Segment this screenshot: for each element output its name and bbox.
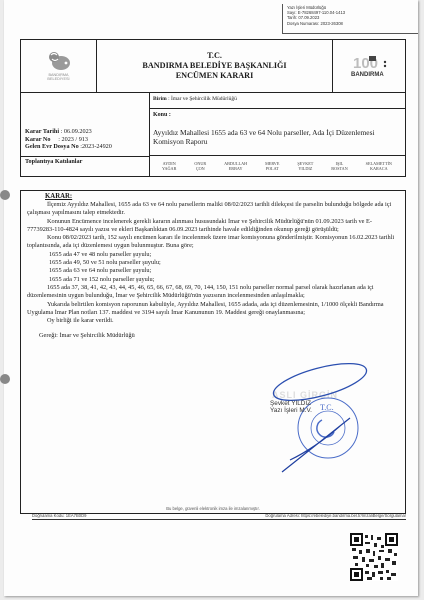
esignature-notice: Bu belge, güvenli elektronik imza ile im… — [20, 506, 406, 511]
decision-meta-table: Karar Tarihi : 06.09.2023 Karar No : 202… — [20, 93, 406, 177]
attendee: ONURÇON — [194, 161, 206, 171]
konu-text: Ayyıldız Mahallesi 1655 ada 63 ve 64 Nol… — [153, 128, 401, 146]
karar-no-label: Karar No — [25, 136, 51, 143]
svg-text:BANDIRMA: BANDIRMA — [351, 72, 384, 78]
stamp-line: Dosya Numarası: 2023-26308 — [287, 21, 418, 26]
konu-label: Konu : — [153, 112, 401, 118]
svg-text:T.C.: T.C. — [320, 403, 334, 412]
header-institution: BANDIRMA BELEDİYE BAŞKANLIĞI — [142, 61, 286, 71]
attendee-list: AYDINYAĞAR ONURÇON ABDULLAHERBAY MERVEPO… — [149, 156, 405, 176]
header-title-block: T.C. BANDIRMA BELEDİYE BAŞKANLIĞI ENCÜME… — [97, 40, 332, 92]
punch-hole — [0, 374, 10, 384]
anniversary-logo: 100 BANDIRMA — [332, 40, 405, 92]
attendee: ŞEVKETYILDIZ — [297, 161, 313, 171]
decision-title: KARAR: — [45, 193, 399, 201]
header-doc-type: ENCÜMEN KARARI — [176, 71, 254, 81]
attendees-label: Toplantıya Katılanlar — [25, 158, 82, 165]
signature-and-seal-icon: T.C. — [240, 360, 380, 480]
gelen-evr-value: :2023-24920 — [80, 143, 112, 150]
parcel-item: 1655 ada 71 ve 152 nolu parseller şuyulu… — [27, 276, 399, 284]
registry-stamp: Yazı İşleri Müdürlüğü Sayı: E-78268497-1… — [282, 4, 418, 34]
verification-bar: Doğrulama Kodu: 1EA7B0D9 Doğrulama Adres… — [32, 513, 406, 520]
parcel-item: 1655 ada 63 ve 64 nolu parseller şuyulu; — [27, 267, 399, 275]
attendee: AYDINYAĞAR — [162, 161, 176, 171]
header-tc: T.C. — [207, 51, 222, 61]
subject-field: Konu : Ayyıldız Mahallesi 1655 ada 63 ve… — [149, 109, 405, 156]
municipality-logo: BANDIRMA BELEDİYESİ — [21, 40, 97, 92]
decision-paragraph: Yukarıda belirtilen komisyon raporunun k… — [27, 301, 399, 318]
decision-result: Oy birliği ile karar verildi. — [27, 317, 399, 325]
signatory-title: Yazı İşleri M.V. — [270, 407, 312, 414]
attendee: SELAMETTİNKARACA — [366, 161, 392, 171]
unit-field: Birim : İmar ve Şehircilik Müdürlüğü — [149, 93, 405, 109]
karar-tarihi-label: Karar Tarihi — [25, 128, 59, 135]
decision-identifiers: Karar Tarihi : 06.09.2023 Karar No : 202… — [25, 128, 112, 151]
qr-code-icon[interactable] — [350, 533, 398, 585]
divider — [21, 156, 149, 157]
parcel-item: 1655 ada 47 ve 48 nolu parseller şuyulu; — [27, 251, 399, 259]
birim-value: : İmar ve Şehircilik Müdürlüğü — [168, 96, 237, 102]
parcel-item: 1655 ada 49, 50 ve 51 nolu parseller şuy… — [27, 259, 399, 267]
decision-paragraph: Konu 08/02/2023 tarih, 152 sayılı encüme… — [27, 234, 399, 251]
decision-paragraph: Konunun Encümence incelenerek gerekli ka… — [27, 218, 399, 235]
verification-address-link[interactable]: Doğrulama Adresi: https://ebelediye.band… — [265, 513, 406, 518]
signatory: Şevket YILDIZ Yazı İşleri M.V. — [270, 400, 312, 415]
document-header: BANDIRMA BELEDİYESİ T.C. BANDIRMA BELEDİ… — [20, 39, 406, 93]
gelen-evr-label: Gelen Evr Dosya No — [25, 143, 79, 150]
100-year-bandirma-logo-icon: 100 BANDIRMA — [347, 53, 391, 79]
karar-tarihi-value: : 06.09.2023 — [61, 128, 92, 135]
attendee: ABDULLAHERBAY — [224, 161, 247, 171]
forward-to: Gereği: İmar ve Şehircilik Müdürlüğü — [27, 332, 399, 340]
attendee: IŞILBOSTAN — [331, 161, 347, 171]
karar-no-value: : 2023 / 913 — [58, 136, 88, 143]
verification-code: Doğrulama Kodu: 1EA7B0D9 — [32, 513, 86, 518]
decision-paragraph: 1655 ada 37, 38, 41, 42, 43, 44, 45, 46,… — [27, 284, 399, 301]
birim-label: Birim — [153, 96, 167, 102]
punch-hole — [0, 190, 10, 200]
attendee: MERVEPOLAT — [265, 161, 279, 171]
decision-paragraph: İlçemiz Ayyıldız Mahallesi, 1655 ada 63 … — [27, 201, 399, 218]
bandirma-bird-logo-icon — [46, 51, 72, 71]
logo-caption: BELEDİYESİ — [47, 77, 69, 81]
